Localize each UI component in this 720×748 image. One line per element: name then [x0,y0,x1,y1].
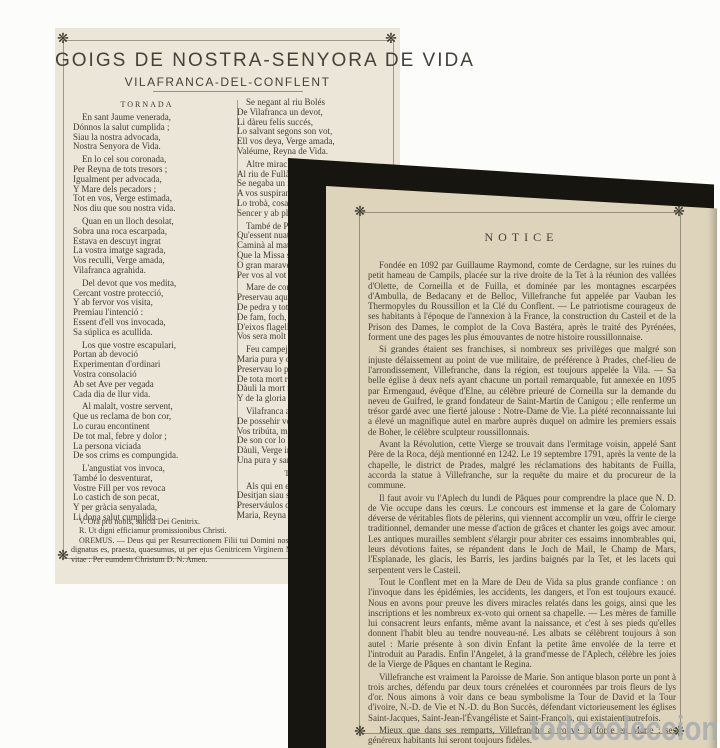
stanza: Los que vostre escapulari, Portan ab dev… [73,341,221,400]
stanza: Del devot que vos medita, Cercant vostre… [73,279,221,338]
goigs-title: GOIGS DE NOSTRA-SENYORA DE VIDA [55,50,400,72]
subtitle-rule [153,91,303,92]
stanza: L'angustiat vos invoca, També lo desvent… [73,464,221,523]
rosette-icon: ❋ [351,204,369,222]
stanza: En lo cel sou coronada, Per Reyna de tot… [73,155,221,214]
notice-paragraph: Si grandes étaient ses franchises, si no… [368,344,676,437]
stanza: Al malalt, vostre servent, Que us reclam… [73,402,221,461]
stanza: Quan en un lloch desolat, Sobra una roca… [73,217,221,276]
scanned-document-photo: ❋ ❋ ❋ ❋ GOIGS DE NOSTRA-SENYORA DE VIDA … [0,0,720,748]
notice-paragraph: Tout le Conflent met en la Mare de Deu d… [368,577,676,670]
stanza: En sant Jaume venerada, Dónnos la salut … [73,113,221,152]
notice-body: Fondée en 1092 par Guillaume Raymond, co… [368,260,676,748]
rosette-icon: ❋ [54,31,72,49]
rosette-icon: ❋ [670,204,688,222]
notice-page: ❋ ❋ ❋ ❋ NOTICE Fondée en 1092 par Guilla… [326,186,717,748]
todocoleccion-watermark: todocoleccion [529,712,718,746]
rosette-icon: ❋ [382,31,400,49]
notice-heading: NOTICE [326,230,717,245]
tornada-label: TORNADA [73,100,221,109]
goigs-subtitle: VILAFRANCA-DEL-CONFLENT [55,75,400,89]
notice-paragraph: Il faut avoir vu l'Aplech du lundi de Pâ… [368,493,676,575]
rosette-icon: ❋ [351,724,369,742]
rosette-icon: ❋ [54,548,72,566]
stanza: Se negant al riu Bolés De Vilafranca un … [237,98,385,157]
notice-paragraph: Fondée en 1092 par Guillaume Raymond, co… [368,260,676,342]
goigs-column-left: TORNADA En sant Jaume venerada, Dónnos l… [73,98,221,526]
notice-paragraph: Avant la Révolution, cette Vierge se tro… [368,439,676,490]
